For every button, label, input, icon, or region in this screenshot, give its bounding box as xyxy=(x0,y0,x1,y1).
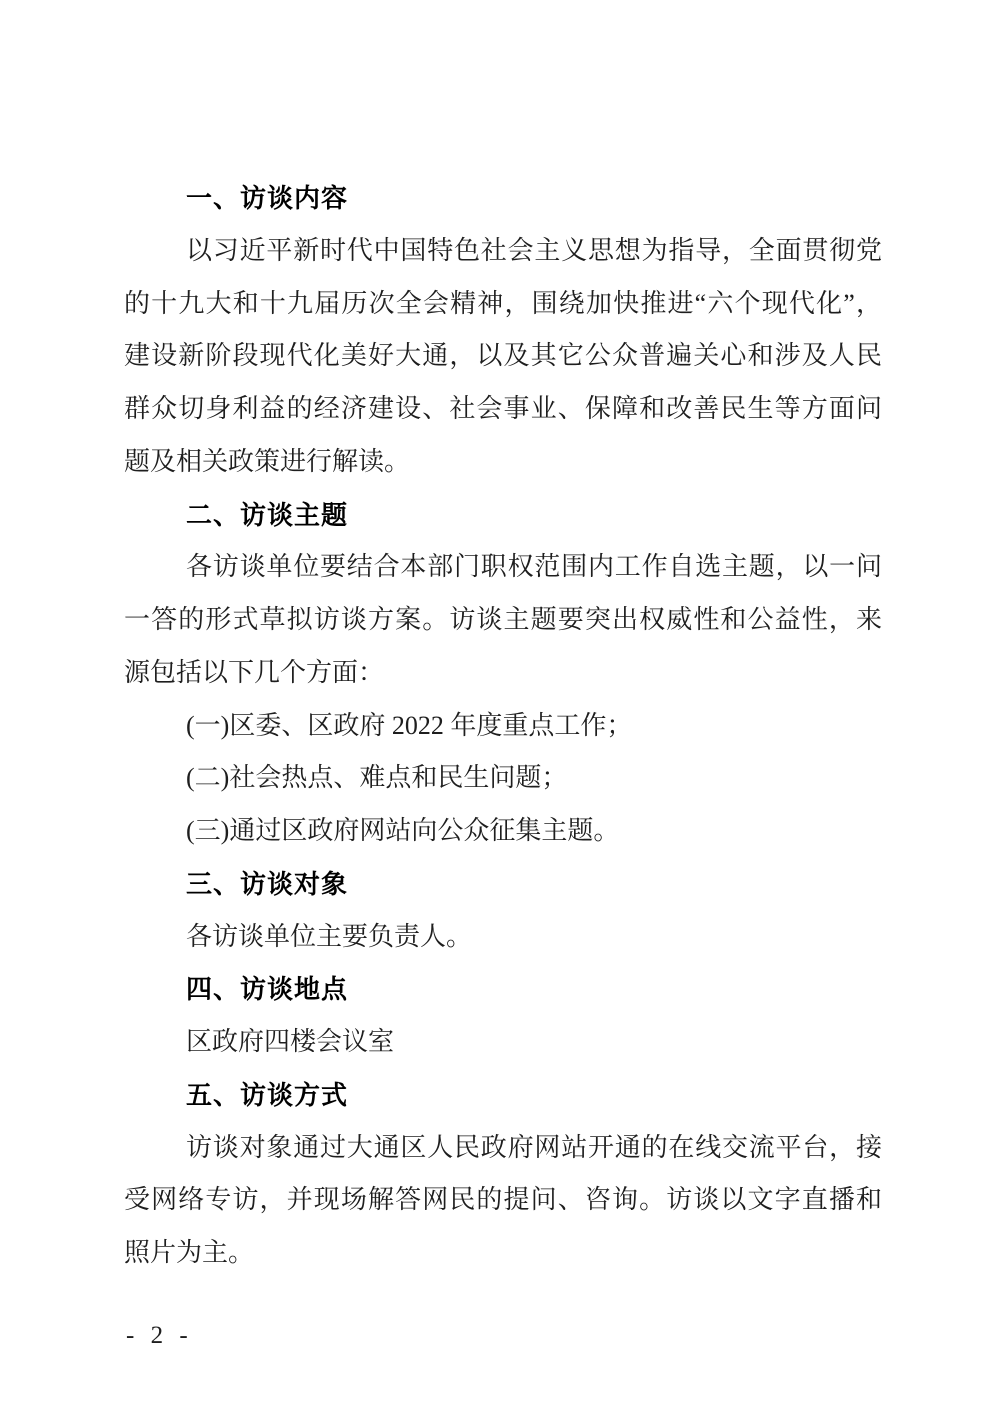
paragraph-line: 照片为主。 xyxy=(124,1227,882,1280)
page-number: - 2 - xyxy=(126,1322,193,1350)
paragraph-line: 各访谈单位要结合本部门职权范围内工作自选主题，以一问 xyxy=(124,541,882,594)
list-item-1: (一)区委、区政府 2022 年度重点工作； xyxy=(124,700,882,753)
paragraph-line: 一答的形式草拟访谈方案。访谈主题要突出权威性和公益性，来 xyxy=(124,594,882,647)
list-item-2: (二)社会热点、难点和民生问题； xyxy=(124,752,882,805)
paragraph-line: 群众切身利益的经济建设、社会事业、保障和改善民生等方面问 xyxy=(124,383,882,436)
paragraph-line: 各访谈单位主要负责人。 xyxy=(124,911,882,964)
paragraph-line: 的十九大和十九届历次全会精神，围绕加快推进“六个现代化”， xyxy=(124,278,882,331)
section-2-heading: 二、访谈主题 xyxy=(124,489,882,542)
paragraph-line: 访谈对象通过大通区人民政府网站开通的在线交流平台，接 xyxy=(124,1122,882,1175)
paragraph-line: 以习近平新时代中国特色社会主义思想为指导，全面贯彻党 xyxy=(124,225,882,278)
list-item-3: (三)通过区政府网站向公众征集主题。 xyxy=(124,805,882,858)
section-1-heading: 一、访谈内容 xyxy=(124,172,882,225)
paragraph-line: 源包括以下几个方面： xyxy=(124,647,882,700)
paragraph-line: 建设新阶段现代化美好大通，以及其它公众普遍关心和涉及人民 xyxy=(124,330,882,383)
paragraph-line: 受网络专访，并现场解答网民的提问、咨询。访谈以文字直播和 xyxy=(124,1174,882,1227)
document-body: 一、访谈内容 以习近平新时代中国特色社会主义思想为指导，全面贯彻党 的十九大和十… xyxy=(124,172,882,1280)
section-3-heading: 三、访谈对象 xyxy=(124,858,882,911)
document-page: 一、访谈内容 以习近平新时代中国特色社会主义思想为指导，全面贯彻党 的十九大和十… xyxy=(0,0,1000,1420)
section-5-heading: 五、访谈方式 xyxy=(124,1069,882,1122)
paragraph-line: 题及相关政策进行解读。 xyxy=(124,436,882,489)
section-4-heading: 四、访谈地点 xyxy=(124,963,882,1016)
paragraph-line: 区政府四楼会议室 xyxy=(124,1016,882,1069)
